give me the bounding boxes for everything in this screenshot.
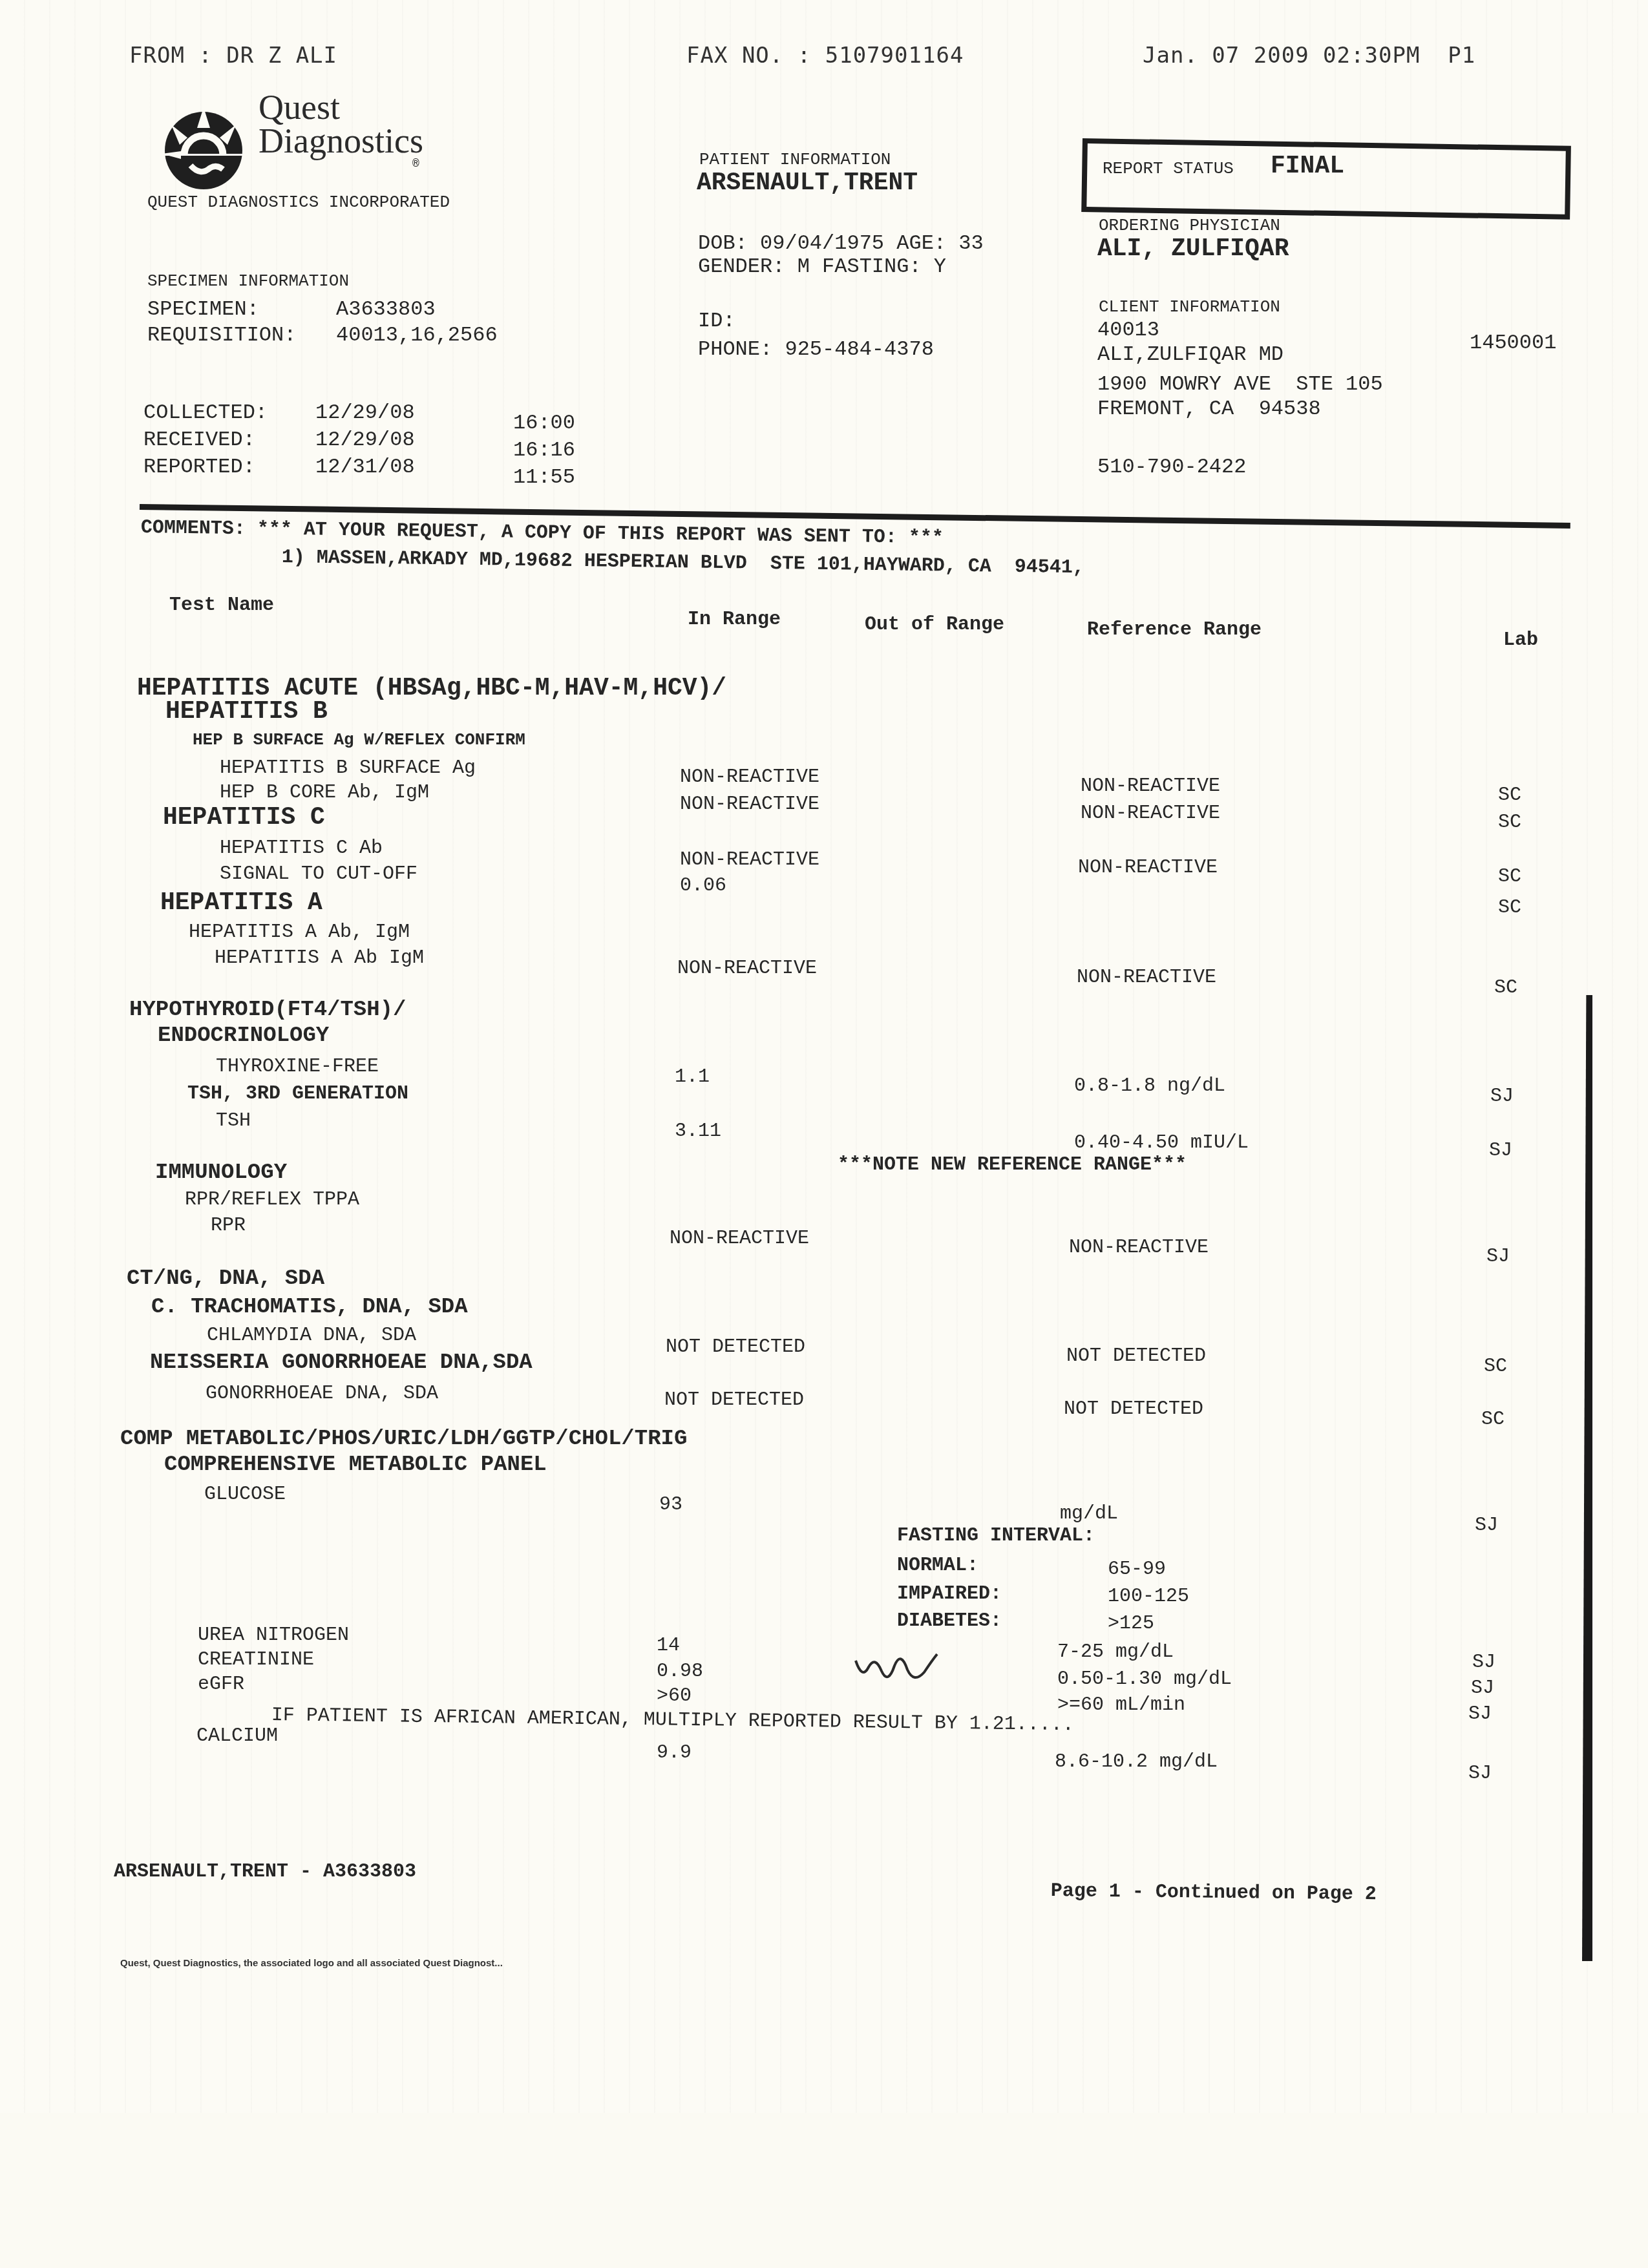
result-urea-nitrogen: 14 [657, 1635, 680, 1657]
ref-glucose-units: mg/dL [1060, 1503, 1118, 1525]
glucose-diabetes-value: >125 [1108, 1613, 1154, 1635]
specimen-number: A3633803 [336, 297, 436, 321]
client-phone: 510-790-2422 [1097, 455, 1246, 479]
patient-dob-age: DOB: 09/04/1975 AGE: 33 [698, 231, 984, 255]
test-group-hypothyroid: HYPOTHYROID(FT4/TSH)/ [129, 998, 406, 1022]
glucose-impaired-value: 100-125 [1108, 1586, 1189, 1608]
col-header-reference-range: Reference Range [1087, 619, 1262, 641]
ref-hep-a-ab-igm: NON-REACTIVE [1077, 967, 1216, 989]
reported-time: 11:55 [513, 465, 575, 489]
test-name-chlamydia: CHLAMYDIA DNA, SDA [207, 1325, 416, 1347]
test-name-tsh: TSH [216, 1110, 251, 1132]
test-name-glucose: GLUCOSE [204, 1484, 286, 1506]
lab-hep-c-ab: SC [1498, 866, 1521, 888]
col-header-in-range: In Range [688, 609, 781, 631]
test-subgroup-c-trachomatis: C. TRACHOMATIS, DNA, SDA [151, 1295, 468, 1319]
reported-date: 12/31/08 [315, 455, 415, 479]
received-date: 12/29/08 [315, 428, 415, 452]
lab-egfr: SJ [1468, 1703, 1492, 1725]
tsh-reference-note: ***NOTE NEW REFERENCE RANGE*** [838, 1154, 1187, 1176]
test-name-egfr: eGFR [198, 1674, 244, 1696]
client-id: 1450001 [1470, 331, 1556, 355]
ordering-physician-name: ALI, ZULFIQAR [1097, 235, 1289, 263]
result-glucose: 93 [659, 1494, 682, 1516]
fax-number: FAX NO. : 5107901164 [686, 43, 964, 68]
test-name-hep-b-core-ab: HEP B CORE Ab, IgM [220, 782, 429, 804]
company-name: QUEST DIAGNOSTICS INCORPORATED [147, 193, 450, 212]
test-panel-hep-b-surface-reflex: HEP B SURFACE Ag W/REFLEX CONFIRM [193, 730, 525, 750]
comments-line-2: 1) MASSEN,ARKADY MD,19682 HESPERIAN BLVD… [282, 547, 1085, 579]
lab-gonorrhoeae: SC [1481, 1409, 1505, 1431]
received-label: RECEIVED: [143, 428, 255, 452]
col-header-out-of-range: Out of Range [865, 614, 1004, 636]
test-name-thyroxine-free: THYROXINE-FREE [216, 1056, 379, 1078]
ref-hep-b-surface-ag: NON-REACTIVE [1081, 775, 1220, 797]
test-name-hep-a-ab-igm: HEPATITIS A Ab IgM [215, 947, 424, 969]
egfr-african-american-note: IF PATIENT IS AFRICAN AMERICAN, MULTIPLY… [271, 1705, 1075, 1736]
client-name: ALI,ZULFIQAR MD [1097, 342, 1284, 366]
result-tsh: 3.11 [675, 1120, 721, 1142]
fax-edge-bar [1582, 995, 1592, 1961]
requisition-number: 40013,16,2566 [336, 323, 498, 347]
test-name-hep-b-surface-ag: HEPATITIS B SURFACE Ag [220, 757, 476, 779]
collected-time: 16:00 [513, 411, 575, 435]
lab-hep-b-core-ab: SC [1498, 812, 1521, 834]
ref-egfr: >=60 mL/min [1057, 1694, 1185, 1716]
ref-tsh: 0.40-4.50 mIU/L [1074, 1132, 1249, 1154]
result-creatinine: 0.98 [657, 1661, 703, 1683]
test-panel-hep-a-ab-igm: HEPATITIS A Ab, IgM [189, 921, 410, 943]
col-header-test-name: Test Name [169, 594, 274, 616]
test-subgroup-hepatitis-a: HEPATITIS A [160, 889, 322, 917]
col-header-lab: Lab [1503, 629, 1538, 651]
result-hep-b-core-ab: NON-REACTIVE [680, 793, 819, 815]
test-subgroup-endocrinology: ENDOCRINOLOGY [158, 1024, 329, 1048]
registered-mark: ® [412, 158, 419, 171]
glucose-normal-value: 65-99 [1108, 1559, 1166, 1580]
result-gonorrhoeae: NOT DETECTED [664, 1389, 804, 1411]
logo-word-diagnostics: Diagnostics [259, 124, 423, 158]
result-calcium: 9.9 [657, 1742, 692, 1764]
fax-datetime: Jan. 07 2009 02:30PM P1 [1143, 43, 1475, 68]
lab-glucose: SJ [1475, 1515, 1498, 1537]
client-address-1: 1900 MOWRY AVE STE 105 [1097, 372, 1383, 396]
collected-label: COLLECTED: [143, 401, 268, 425]
ref-thyroxine-free: 0.8-1.8 ng/dL [1074, 1075, 1225, 1097]
test-group-comp-metabolic: COMP METABOLIC/PHOS/URIC/LDH/GGTP/CHOL/T… [120, 1427, 687, 1451]
glucose-fasting-interval-title: FASTING INTERVAL: [897, 1525, 1095, 1547]
lab-signal-cutoff: SC [1498, 897, 1521, 919]
client-address-2: FREMONT, CA 94538 [1097, 397, 1321, 421]
specimen-info-label: SPECIMEN INFORMATION [147, 271, 349, 291]
lab-chlamydia: SC [1484, 1356, 1507, 1378]
footer-patient-specimen: ARSENAULT,TRENT - A3633803 [114, 1861, 416, 1883]
ordering-physician-label: ORDERING PHYSICIAN [1099, 216, 1280, 235]
lab-urea-nitrogen: SJ [1472, 1652, 1495, 1674]
result-signal-cutoff: 0.06 [680, 875, 726, 897]
lab-tsh: SJ [1489, 1140, 1512, 1162]
result-egfr: >60 [657, 1685, 692, 1707]
comments-line-1: COMMENTS: *** AT YOUR REQUEST, A COPY OF… [141, 517, 944, 549]
client-account: 40013 [1097, 318, 1159, 342]
result-thyroxine-free: 1.1 [675, 1066, 710, 1088]
test-name-rpr: RPR [211, 1215, 246, 1237]
collected-date: 12/29/08 [315, 401, 415, 425]
received-time: 16:16 [513, 438, 575, 462]
test-subgroup-hepatitis-b: HEPATITIS B [165, 698, 328, 726]
patient-phone: PHONE: 925-484-4378 [698, 337, 934, 361]
lab-creatinine: SJ [1471, 1677, 1494, 1699]
test-subgroup-immunology: IMMUNOLOGY [155, 1160, 287, 1185]
test-subgroup-hepatitis-c: HEPATITIS C [163, 804, 325, 832]
faxed-lab-report-page: FROM : DR Z ALI FAX NO. : 5107901164 Jan… [0, 0, 1648, 2113]
ref-rpr: NON-REACTIVE [1069, 1237, 1209, 1259]
ref-gonorrhoeae: NOT DETECTED [1064, 1398, 1203, 1420]
test-group-ct-ng: CT/NG, DNA, SDA [127, 1266, 324, 1291]
quest-sunburst-icon [155, 102, 252, 199]
test-name-calcium: CALCIUM [196, 1725, 278, 1747]
ref-chlamydia: NOT DETECTED [1066, 1345, 1206, 1367]
result-hep-a-ab-igm: NON-REACTIVE [677, 958, 817, 980]
ref-creatinine: 0.50-1.30 mg/dL [1057, 1668, 1232, 1690]
patient-id: ID: [698, 309, 735, 333]
lab-calcium: SJ [1468, 1763, 1492, 1785]
footer-page-info: Page 1 - Continued on Page 2 [1051, 1880, 1377, 1906]
report-status-value: FINAL [1271, 152, 1344, 180]
glucose-normal-label: NORMAL: [897, 1555, 978, 1577]
patient-gender-fasting: GENDER: M FASTING: Y [698, 255, 946, 278]
lab-hep-a-ab-igm: SC [1494, 977, 1517, 999]
patient-name: ARSENAULT,TRENT [697, 169, 918, 197]
client-info-label: CLIENT INFORMATION [1099, 297, 1280, 317]
handwritten-squiggle-mark [853, 1648, 956, 1686]
lab-hep-b-surface-ag: SC [1498, 784, 1521, 806]
specimen-label: SPECIMEN: [147, 297, 259, 321]
reported-label: REPORTED: [143, 455, 255, 479]
glucose-diabetes-label: DIABETES: [897, 1610, 1002, 1632]
test-panel-rpr-reflex: RPR/REFLEX TPPA [185, 1189, 359, 1211]
logo-word-quest: Quest [259, 90, 340, 124]
test-name-urea-nitrogen: UREA NITROGEN [198, 1624, 349, 1646]
ref-calcium: 8.6-10.2 mg/dL [1055, 1751, 1218, 1773]
report-status-label: REPORT STATUS [1103, 159, 1234, 178]
lab-rpr: SJ [1486, 1246, 1510, 1268]
footer-fine-print: Quest, Quest Diagnostics, the associated… [120, 1958, 503, 1969]
fax-from: FROM : DR Z ALI [129, 43, 337, 68]
test-panel-tsh-3rd-gen: TSH, 3RD GENERATION [187, 1083, 408, 1105]
result-rpr: NON-REACTIVE [670, 1228, 809, 1250]
requisition-label: REQUISITION: [147, 323, 296, 347]
test-subgroup-neisseria: NEISSERIA GONORRHOEAE DNA,SDA [150, 1350, 533, 1375]
glucose-impaired-label: IMPAIRED: [897, 1583, 1002, 1605]
test-subgroup-cmp: COMPREHENSIVE METABOLIC PANEL [164, 1453, 547, 1477]
lab-thyroxine-free: SJ [1490, 1086, 1514, 1108]
ref-urea-nitrogen: 7-25 mg/dL [1057, 1641, 1174, 1663]
result-chlamydia: NOT DETECTED [666, 1336, 805, 1358]
result-hep-c-ab: NON-REACTIVE [680, 849, 819, 871]
test-name-signal-cutoff: SIGNAL TO CUT-OFF [220, 863, 417, 885]
test-name-hep-c-ab: HEPATITIS C Ab [220, 837, 383, 859]
patient-info-label: PATIENT INFORMATION [699, 150, 891, 169]
ref-hep-b-core-ab: NON-REACTIVE [1081, 803, 1220, 824]
test-name-creatinine: CREATININE [198, 1649, 314, 1671]
ref-hep-c-ab: NON-REACTIVE [1078, 857, 1218, 879]
test-name-gonorrhoeae: GONORRHOEAE DNA, SDA [206, 1383, 438, 1405]
result-hep-b-surface-ag: NON-REACTIVE [680, 766, 819, 788]
